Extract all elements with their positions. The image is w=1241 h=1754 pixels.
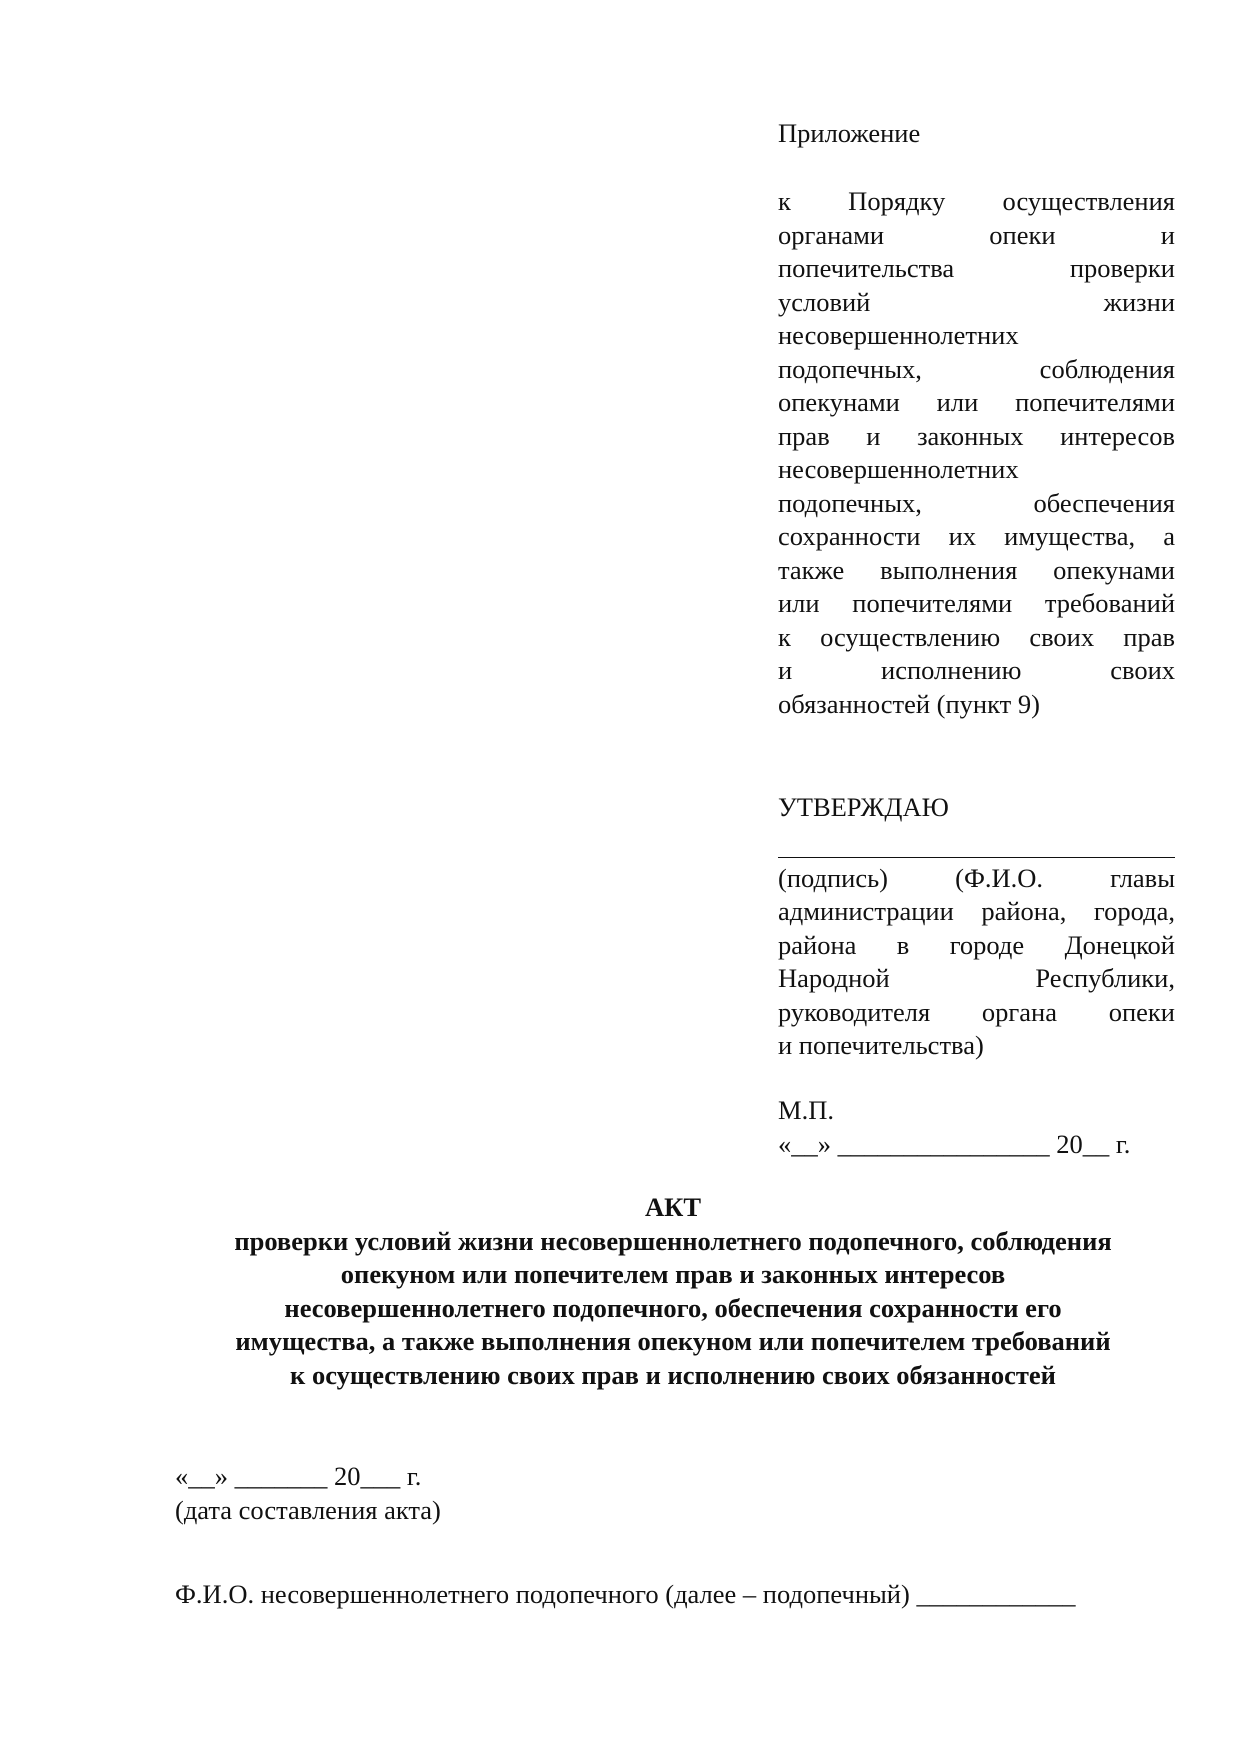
appendix-line: и исполнению своих	[778, 654, 1175, 688]
ward-name-blank: ____________	[916, 1579, 1075, 1609]
approval-caption: (подпись) (Ф.И.О. главыадминистрации рай…	[778, 862, 1175, 1063]
appendix-line: прав и законных интересов	[778, 420, 1175, 454]
document-page: Приложение к Порядку осуществленияоргана…	[0, 0, 1241, 1754]
act-subtitle-line: несовершеннолетнего подопечного, обеспеч…	[160, 1292, 1186, 1326]
appendix-line: к Порядку осуществления	[778, 185, 1175, 219]
act-date-caption: (дата составления акта)	[175, 1494, 441, 1528]
act-subtitle-line: опекуном или попечителем прав и законных…	[160, 1258, 1186, 1292]
appendix-line: к осуществлению своих прав	[778, 621, 1175, 655]
appendix-line: попечительства проверки	[778, 252, 1175, 286]
appendix-line: органами опеки и	[778, 219, 1175, 253]
approval-caption-line: руководителя органа опеки	[778, 996, 1175, 1030]
appendix-line: подопечных, соблюдения	[778, 353, 1175, 387]
appendix-line: опекунами или попечителями	[778, 386, 1175, 420]
approval-caption-line: и попечительства)	[778, 1029, 1175, 1063]
approval-caption-line: (подпись) (Ф.И.О. главы	[778, 862, 1175, 896]
appendix-title: Приложение	[778, 117, 1175, 151]
act-subtitle: проверки условий жизни несовершеннолетне…	[160, 1225, 1186, 1393]
appendix-line: условий жизни	[778, 286, 1175, 320]
act-title: АКТ	[160, 1191, 1186, 1225]
appendix-line: также выполнения опекунами	[778, 554, 1175, 588]
approval-caption-line: администрации района, города,	[778, 895, 1175, 929]
stamp-block: М.П. «__» ________________ 20__ г.	[778, 1094, 1175, 1161]
appendix-heading: Приложение	[778, 117, 1175, 151]
ward-name-field: Ф.И.О. несовершеннолетнего подопечного (…	[175, 1578, 1075, 1612]
act-subtitle-line: проверки условий жизни несовершеннолетне…	[160, 1225, 1186, 1259]
approval-caption-line: района в городе Донецкой	[778, 929, 1175, 963]
ward-name-label: Ф.И.О. несовершеннолетнего подопечного (…	[175, 1579, 910, 1609]
act-subtitle-line: имущества, а также выполнения опекуном и…	[160, 1325, 1186, 1359]
appendix-line: несовершеннолетних	[778, 319, 1175, 353]
approval-caption-line: Народной Республики,	[778, 962, 1175, 996]
appendix-line: сохранности их имущества, а	[778, 520, 1175, 554]
appendix-line: или попечителями требований	[778, 587, 1175, 621]
approval-heading: УТВЕРЖДАЮ	[778, 791, 1175, 825]
appendix-line: обязанностей (пункт 9)	[778, 688, 1175, 722]
approval-date-line: «__» ________________ 20__ г.	[778, 1128, 1175, 1162]
signature-line	[778, 829, 1175, 858]
stamp-label: М.П.	[778, 1094, 1175, 1128]
approval-block: УТВЕРЖДАЮ (подпись) (Ф.И.О. главыадминис…	[778, 791, 1175, 1063]
act-title-block: АКТ проверки условий жизни несовершеннол…	[160, 1191, 1186, 1392]
appendix-line: подопечных, обеспечения	[778, 487, 1175, 521]
act-date-line: «__» _______ 20___ г.	[175, 1460, 421, 1494]
appendix-line: несовершеннолетних	[778, 453, 1175, 487]
act-subtitle-line: к осуществлению своих прав и исполнению …	[160, 1359, 1186, 1393]
appendix-reference: к Порядку осуществленияорганами опеки ип…	[778, 185, 1175, 721]
